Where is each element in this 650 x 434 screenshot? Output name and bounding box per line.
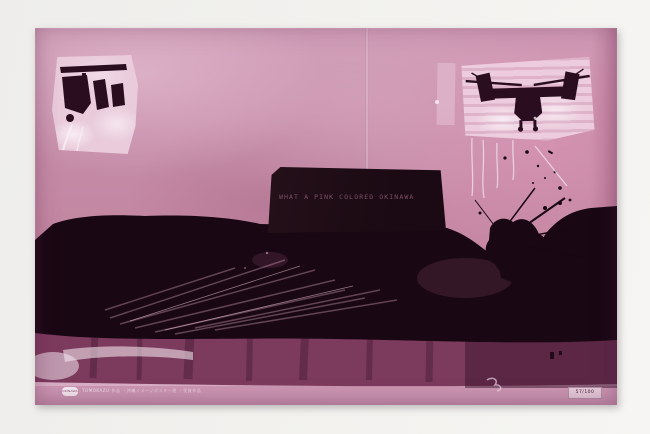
white-drips: [472, 138, 567, 198]
headline-plate: WHAT A PINK COLORED OKINAWA: [268, 167, 446, 233]
edition-stamp: 57/100: [568, 387, 602, 399]
photo-background: WHAT A PINK COLORED OKINAWA OKINAWA TOMO…: [0, 0, 650, 434]
publisher-badge: OKINAWA: [62, 387, 78, 396]
caption-text: TOMOKAZU 作品 ・沖縄イメージポスター展 ・受賞作品: [82, 388, 201, 394]
headline-text: WHAT A PINK COLORED OKINAWA: [279, 193, 439, 201]
caption-row: OKINAWA TOMOKAZU 作品 ・沖縄イメージポスター展 ・受賞作品: [62, 385, 201, 397]
poster: WHAT A PINK COLORED OKINAWA OKINAWA TOMO…: [35, 28, 617, 405]
